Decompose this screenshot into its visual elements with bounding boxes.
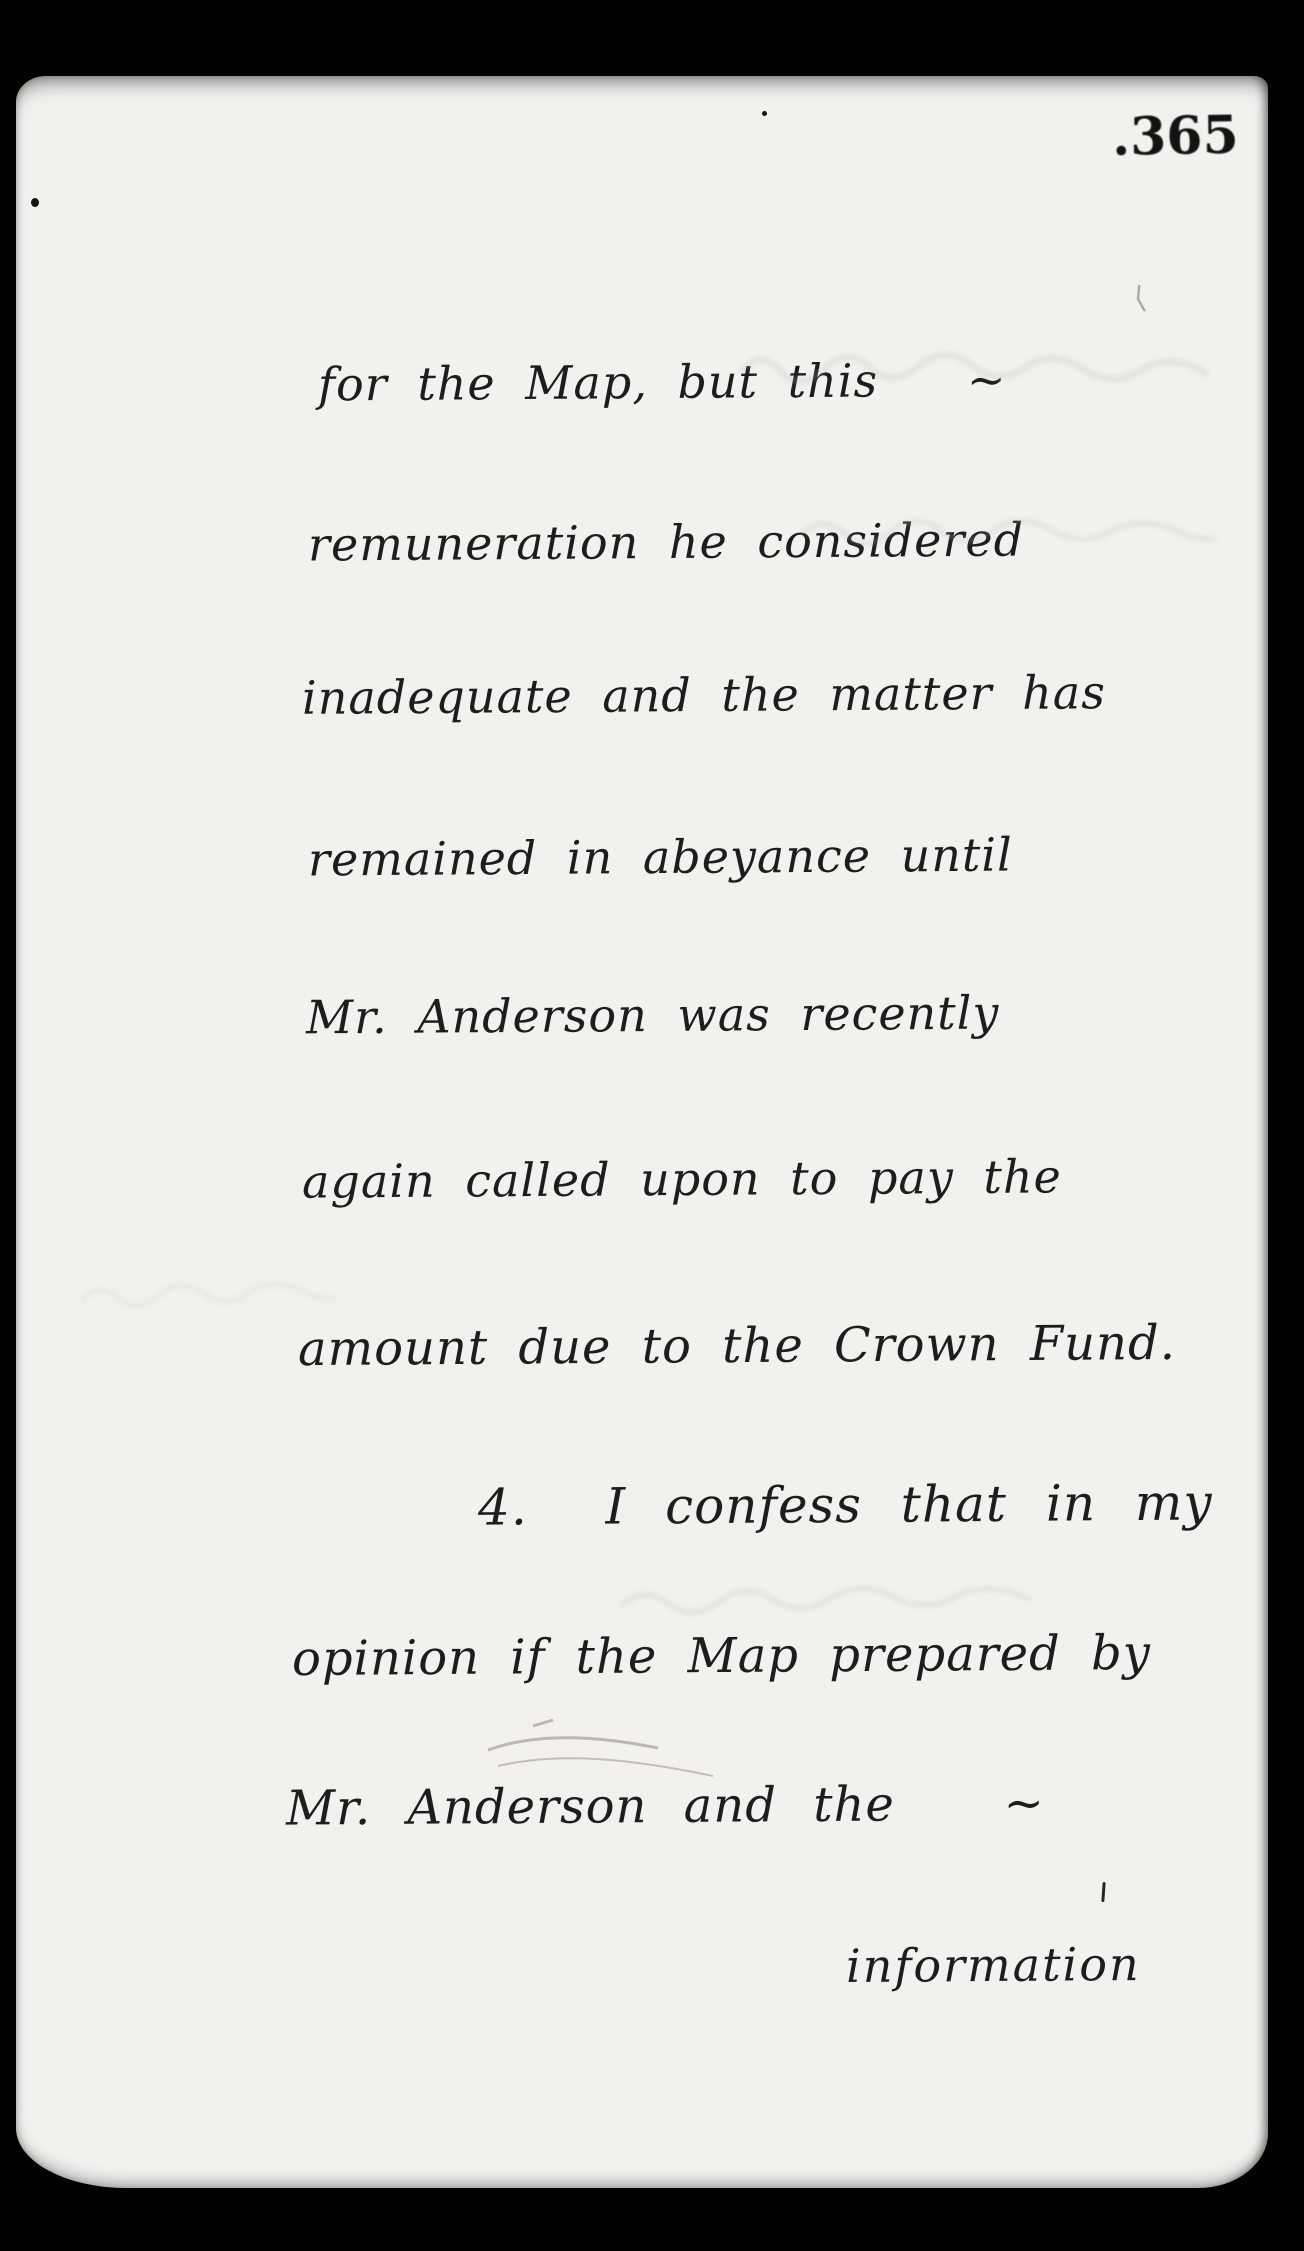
manuscript-line: amount due to the Crown Fund. [298, 1315, 1176, 1377]
scan-background: .365 for the Map, but this ~ remuneratio… [0, 0, 1304, 2251]
ink-speck [31, 198, 39, 207]
pencil-scribble [478, 1714, 738, 1788]
ink-speck [762, 111, 767, 116]
bleedthrough-smudge [616, 1566, 1046, 1636]
bleedthrough-smudge [76, 1266, 336, 1326]
page-number-stamp: .365 [1111, 105, 1239, 168]
manuscript-line: again called upon to pay the [302, 1149, 1062, 1208]
manuscript-line: remained in abeyance until [308, 828, 1013, 887]
manuscript-catchword: information [846, 1937, 1141, 1993]
manuscript-line: inadequate and the matter has [302, 665, 1106, 725]
manuscript-line: 4. I confess that in my [478, 1473, 1213, 1536]
bleedthrough-smudge [796, 496, 1216, 566]
stray-pen-mark [1101, 1882, 1105, 1902]
faint-mark: ⟨ [1130, 280, 1149, 317]
manuscript-line: Mr. Anderson was recently [306, 986, 1000, 1045]
bleedthrough-smudge [736, 326, 1216, 406]
manuscript-page: .365 for the Map, but this ~ remuneratio… [16, 76, 1268, 2188]
